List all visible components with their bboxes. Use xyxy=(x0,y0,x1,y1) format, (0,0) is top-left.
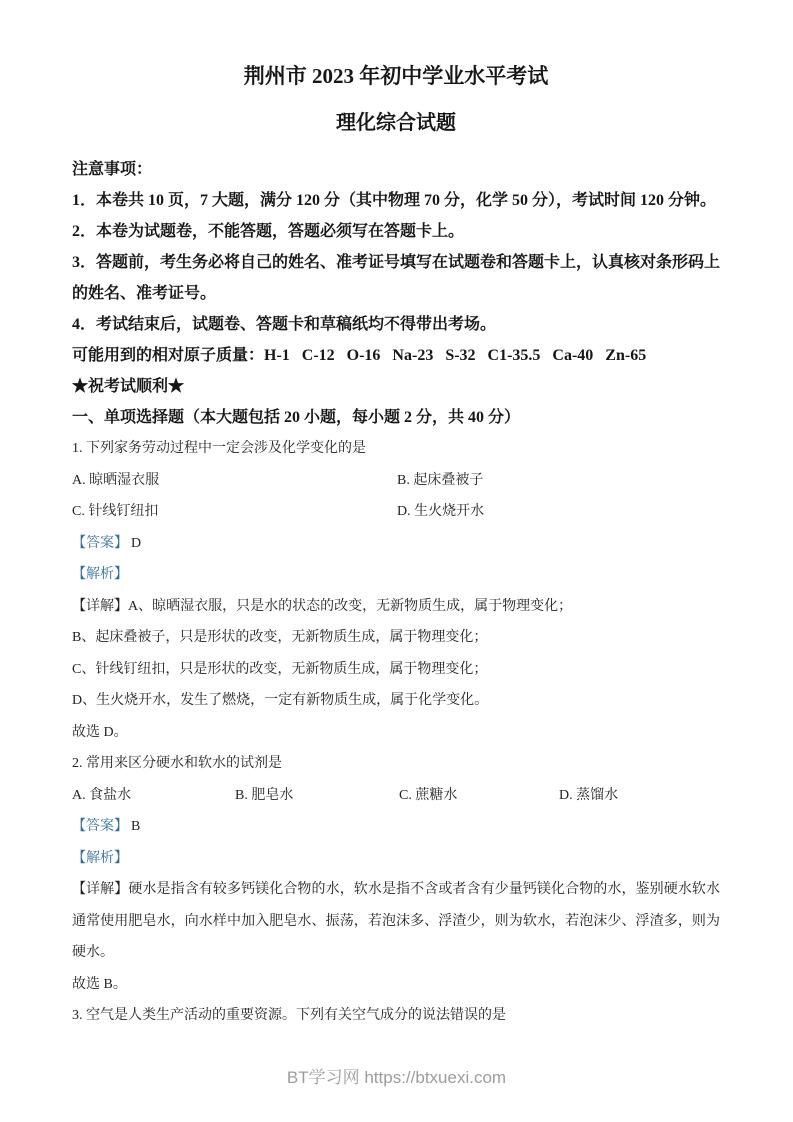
notice-item-3: 3．答题前，考生务必将自己的姓名、准考证号填写在试题卷和答题卡上，认真核对条形码… xyxy=(72,247,720,309)
question-1-detail-b: B、起床叠被子，只是形状的改变，无新物质生成，属于物理变化； xyxy=(72,622,720,654)
question-2-conclusion: 故选 B。 xyxy=(72,969,720,1001)
answer-label: 【答案】 xyxy=(72,819,128,834)
notice-item-4: 4．考试结束后，试题卷、答题卡和草稿纸均不得带出考场。 xyxy=(72,309,720,340)
analysis-label: 【解析】 xyxy=(72,567,128,582)
notice-heading: 注意事项： xyxy=(72,154,720,185)
question-2-stem: 2. 常用来区分硬水和软水的试剂是 xyxy=(72,748,720,780)
question-1-detail-a: A、晾晒湿衣服，只是水的状态的改变，无新物质生成，属于物理变化； xyxy=(128,599,572,614)
question-2-options-row: A. 食盐水 B. 肥皂水 C. 蔗糖水 D. 蒸馏水 xyxy=(72,780,720,812)
question-1-option-a: A. 晾晒湿衣服 xyxy=(72,465,397,497)
notice-item-2: 2．本卷为试题卷，不能答题，答题必须写在答题卡上。 xyxy=(72,216,720,247)
question-2-answer-value: B xyxy=(131,819,140,834)
question-2-option-a: A. 食盐水 xyxy=(72,780,235,812)
question-1-detail-d: D、生火烧开水，发生了燃烧，一定有新物质生成，属于化学变化。 xyxy=(72,685,720,717)
question-1-detail-c: C、针线钉纽扣，只是形状的改变，无新物质生成，属于物理变化； xyxy=(72,654,720,686)
question-2-analysis-row: 【解析】 xyxy=(72,843,720,875)
notice-item-1: 1．本卷共 10 页，7 大题，满分 120 分（其中物理 70 分，化学 50… xyxy=(72,185,720,216)
question-2-detail-paragraph: 【详解】硬水是指含有较多钙镁化合物的水，软水是指不含或者含有少量钙镁化合物的水，… xyxy=(72,874,720,969)
question-1-answer-row: 【答案】D xyxy=(72,528,720,560)
watermark: BT学习网 https://btxuexi.com xyxy=(0,1066,793,1090)
detail-label: 【详解】 xyxy=(72,882,128,897)
question-1-detail-row-1: 【详解】A、晾晒湿衣服，只是水的状态的改变，无新物质生成，属于物理变化； xyxy=(72,591,720,623)
question-2-option-b: B. 肥皂水 xyxy=(235,780,399,812)
question-1-conclusion: 故选 D。 xyxy=(72,717,720,749)
question-3-stem: 3. 空气是人类生产活动的重要资源。下列有关空气成分的说法错误的是 xyxy=(72,1000,720,1032)
exam-wish-line: ★祝考试顺利★ xyxy=(72,371,720,402)
question-1-options-row-2: C. 针线钉纽扣 D. 生火烧开水 xyxy=(72,496,720,528)
analysis-label: 【解析】 xyxy=(72,851,128,866)
question-1-option-d: D. 生火烧开水 xyxy=(397,496,720,528)
question-1-stem: 1. 下列家务劳动过程中一定会涉及化学变化的是 xyxy=(72,433,720,465)
document-content: 荆州市 2023 年初中学业水平考试 理化综合试题 注意事项： 1．本卷共 10… xyxy=(72,0,720,1032)
question-1-answer-value: D xyxy=(131,536,141,551)
atomic-mass-line: 可能用到的相对原子质量：H-1 C-12 O-16 Na-23 S-32 C1-… xyxy=(72,340,720,371)
question-1-option-c: C. 针线钉纽扣 xyxy=(72,496,397,528)
question-1-options-row-1: A. 晾晒湿衣服 B. 起床叠被子 xyxy=(72,465,720,497)
document-subtitle: 理化综合试题 xyxy=(72,110,720,136)
question-1-option-b: B. 起床叠被子 xyxy=(397,465,720,497)
answer-label: 【答案】 xyxy=(72,536,128,551)
question-2-detail-text: 硬水是指含有较多钙镁化合物的水，软水是指不含或者含有少量钙镁化合物的水，鉴别硬水… xyxy=(72,882,720,960)
section-heading: 一、单项选择题（本大题包括 20 小题，每小题 2 分，共 40 分） xyxy=(72,402,720,433)
exam-paper-page: 荆州市 2023 年初中学业水平考试 理化综合试题 注意事项： 1．本卷共 10… xyxy=(0,0,793,1122)
document-title: 荆州市 2023 年初中学业水平考试 xyxy=(72,62,720,90)
question-1-analysis-row: 【解析】 xyxy=(72,559,720,591)
question-2-option-c: C. 蔗糖水 xyxy=(399,780,559,812)
question-2-option-d: D. 蒸馏水 xyxy=(559,780,720,812)
detail-label: 【详解】 xyxy=(72,599,128,614)
question-2-answer-row: 【答案】B xyxy=(72,811,720,843)
